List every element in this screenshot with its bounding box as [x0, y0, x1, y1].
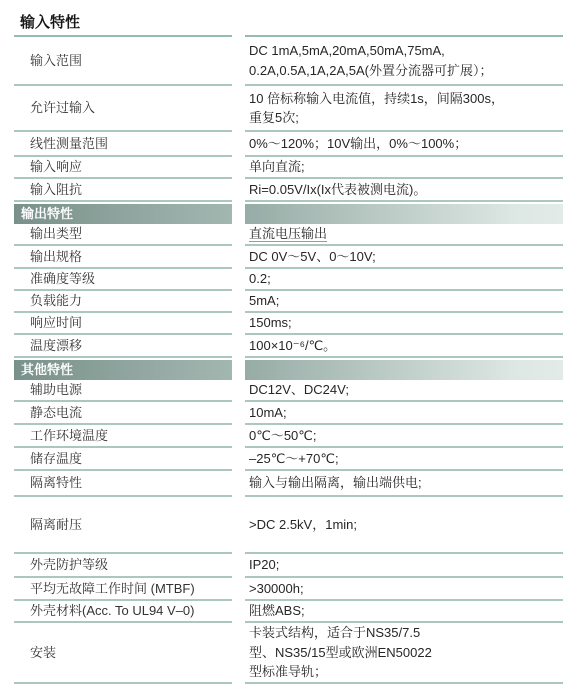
table-row: 准确度等级 0.2;	[14, 269, 563, 291]
row-value: >30000h;	[249, 579, 304, 599]
row-label: 输出规格	[30, 248, 82, 266]
row-label: 输出类型	[30, 225, 82, 243]
row-label: 负载能力	[30, 292, 82, 310]
section-header-bar: 输出特性	[14, 204, 232, 224]
row-label: 隔离特性	[30, 474, 82, 492]
row-label: 隔离耐压	[30, 516, 82, 534]
table-row: 隔离耐压 >DC 2.5kV，1min;	[14, 497, 563, 554]
row-value: DC 1mA,5mA,20mA,50mA,75mA, 0.2A,0.5A,1A,…	[249, 41, 492, 80]
section-header-bar	[245, 360, 563, 380]
section-header-bar: 其他特性	[14, 360, 232, 380]
row-value: 卡装式结构，适合于NS35/7.5 型、NS35/15型或欧洲EN50022 型…	[249, 623, 432, 682]
row-value: 直流电压输出	[249, 224, 327, 244]
table-row: 储存温度 –25℃～+70℃;	[14, 448, 563, 471]
row-label: 辅助电源	[30, 381, 82, 399]
section-header-bar	[245, 204, 563, 224]
table-row: 工作环境温度 0℃～50℃;	[14, 425, 563, 448]
title-row: 输入特性	[14, 14, 563, 37]
table-row: 输入范围 DC 1mA,5mA,20mA,50mA,75mA, 0.2A,0.5…	[14, 37, 563, 86]
row-value: IP20;	[249, 555, 279, 575]
row-value: 150ms;	[249, 313, 292, 333]
table-row: 允许过输入 10 倍标称输入电流值，持续1s，间隔300s， 重复5次;	[14, 86, 563, 132]
row-label: 线性测量范围	[30, 135, 108, 153]
row-value: –25℃～+70℃;	[249, 449, 339, 469]
table-row: 输入阻抗 Ri=0.05V/Ix(Ix代表被测电流)。	[14, 179, 563, 202]
title-row-spacer	[245, 14, 563, 37]
row-value: 0%～120%；10V输出，0%～100%；	[249, 134, 467, 154]
table-row: 温度漂移 100×10⁻⁶/℃。	[14, 335, 563, 358]
table-row: 辅助电源 DC12V、DC24V;	[14, 380, 563, 402]
row-value: 0.2;	[249, 269, 271, 289]
row-label: 工作环境温度	[30, 427, 108, 445]
row-label: 外壳防护等级	[30, 556, 108, 574]
row-value: DC 0V～5V、0～10V;	[249, 247, 376, 267]
row-label: 响应时间	[30, 314, 82, 332]
section-header-label: 输出特性	[21, 205, 73, 223]
row-label: 外壳材料(Acc. To UL94 V–0)	[30, 602, 194, 620]
table-row: 安装 卡装式结构，适合于NS35/7.5 型、NS35/15型或欧洲EN5002…	[14, 623, 563, 684]
row-label: 储存温度	[30, 450, 82, 468]
row-value: 阻燃ABS;	[249, 601, 305, 621]
section-header-label: 其他特性	[21, 361, 73, 379]
row-value: 输入与输出隔离，输出端供电;	[249, 473, 422, 493]
row-label: 平均无故障工作时间 (MTBF)	[30, 580, 195, 598]
row-label: 允许过输入	[30, 99, 95, 117]
table-row: 静态电流 10mA;	[14, 402, 563, 425]
table-row: 外壳材料(Acc. To UL94 V–0) 阻燃ABS;	[14, 601, 563, 623]
row-value: DC12V、DC24V;	[249, 380, 349, 400]
table-row: 平均无故障工作时间 (MTBF) >30000h;	[14, 578, 563, 601]
table-row: 输出类型 直流电压输出	[14, 224, 563, 246]
row-label: 输入范围	[30, 52, 82, 70]
row-value: 0℃～50℃;	[249, 426, 317, 446]
row-label: 安装	[30, 644, 56, 662]
table-row: 输出规格 DC 0V～5V、0～10V;	[14, 246, 563, 269]
table-row: 隔离特性 输入与输出隔离，输出端供电;	[14, 471, 563, 497]
page-title: 输入特性	[20, 14, 80, 32]
row-value: 单向直流;	[249, 157, 305, 177]
row-label: 静态电流	[30, 404, 82, 422]
row-value: Ri=0.05V/Ix(Ix代表被测电流)。	[249, 180, 426, 200]
table-row: 输入响应 单向直流;	[14, 157, 563, 179]
row-value: 5mA;	[249, 291, 279, 311]
row-value: 100×10⁻⁶/℃。	[249, 336, 336, 356]
row-label: 温度漂移	[30, 337, 82, 355]
row-label: 输入阻抗	[30, 181, 82, 199]
section-header-output: 输出特性	[14, 204, 563, 224]
spec-sheet: 输入特性 输入范围 DC 1mA,5mA,20mA,50mA,75mA, 0.2…	[0, 0, 563, 684]
table-row: 线性测量范围 0%～120%；10V输出，0%～100%；	[14, 132, 563, 157]
row-value: 10mA;	[249, 403, 287, 423]
row-label: 准确度等级	[30, 270, 95, 288]
row-value: >DC 2.5kV，1min;	[249, 515, 357, 535]
section-header-other: 其他特性	[14, 360, 563, 380]
row-label: 输入响应	[30, 158, 82, 176]
table-row: 响应时间 150ms;	[14, 313, 563, 335]
table-row: 外壳防护等级 IP20;	[14, 554, 563, 578]
row-value: 10 倍标称输入电流值，持续1s，间隔300s， 重复5次;	[249, 89, 504, 128]
table-row: 负载能力 5mA;	[14, 291, 563, 313]
